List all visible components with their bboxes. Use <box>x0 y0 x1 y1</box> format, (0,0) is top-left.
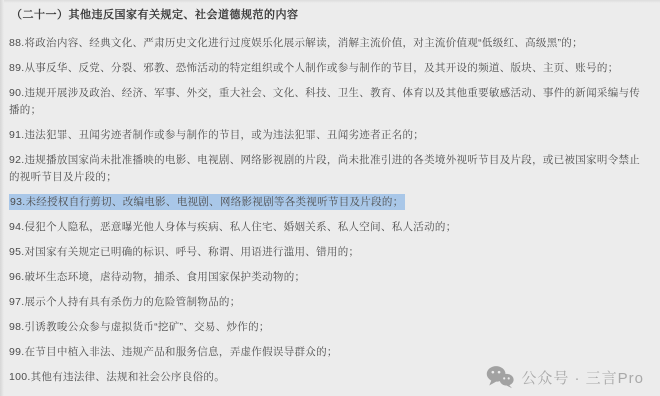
rule-item-94: 94.侵犯个人隐私，恶意曝光他人身体与疾病、私人住宅、婚姻关系、私人空间、私人活… <box>9 219 648 236</box>
rule-item-91: 91.违法犯罪、丑闻劣迹者制作或参与制作的节目，或为违法犯罪、丑闻劣迹者正名的； <box>9 127 648 144</box>
rule-item-97: 97.展示个人持有具有杀伤力的危险管制物品的； <box>9 294 648 311</box>
watermark-label: 公众号 · 三言Pro <box>521 367 644 388</box>
rule-item-98: 98.引诱教唆公众参与虚拟货币“挖矿”、交易、炒作的； <box>9 319 648 336</box>
rule-item-89: 89.从事反华、反党、分裂、邪教、恐怖活动的特定组织或个人制作或参与制作的节目，… <box>9 60 648 77</box>
rule-item-93: 93.未经授权自行剪切、改编电影、电视剧、网络影视剧等各类视听节目及片段的； <box>9 194 648 211</box>
rule-item-90: 90.违规开展涉及政治、经济、军事、外交，重大社会、文化、科技、卫生、教育、体育… <box>9 85 648 119</box>
watermark: 公众号 · 三言Pro <box>486 365 644 389</box>
rule-item-92: 92.违规播放国家尚未批准播映的电影、电视剧、网络影视剧的片段，尚未批准引进的各… <box>9 152 648 186</box>
wechat-icon <box>486 365 514 389</box>
document-body: （二十一）其他违反国家有关规定、社会道德规范的内容 88.将政治内容、经典文化、… <box>0 0 660 386</box>
rule-item-95: 95.对国家有关规定已明确的标识、呼号、称谓、用语进行滥用、错用的； <box>9 244 648 261</box>
rule-item-88: 88.将政治内容、经典文化、严肃历史文化进行过度娱乐化展示解读，消解主流价值，对… <box>9 35 648 52</box>
rule-item-96: 96.破坏生态环境，虐待动物，捕杀、食用国家保护类动物的； <box>9 269 648 286</box>
rule-item-99: 99.在节目中植入非法、违规产品和服务信息，弄虚作假误导群众的； <box>9 344 648 361</box>
highlighted-text: 93.未经授权自行剪切、改编电影、电视剧、网络影视剧等各类视听节目及片段的； <box>9 194 405 210</box>
section-title: （二十一）其他违反国家有关规定、社会道德规范的内容 <box>11 7 648 24</box>
